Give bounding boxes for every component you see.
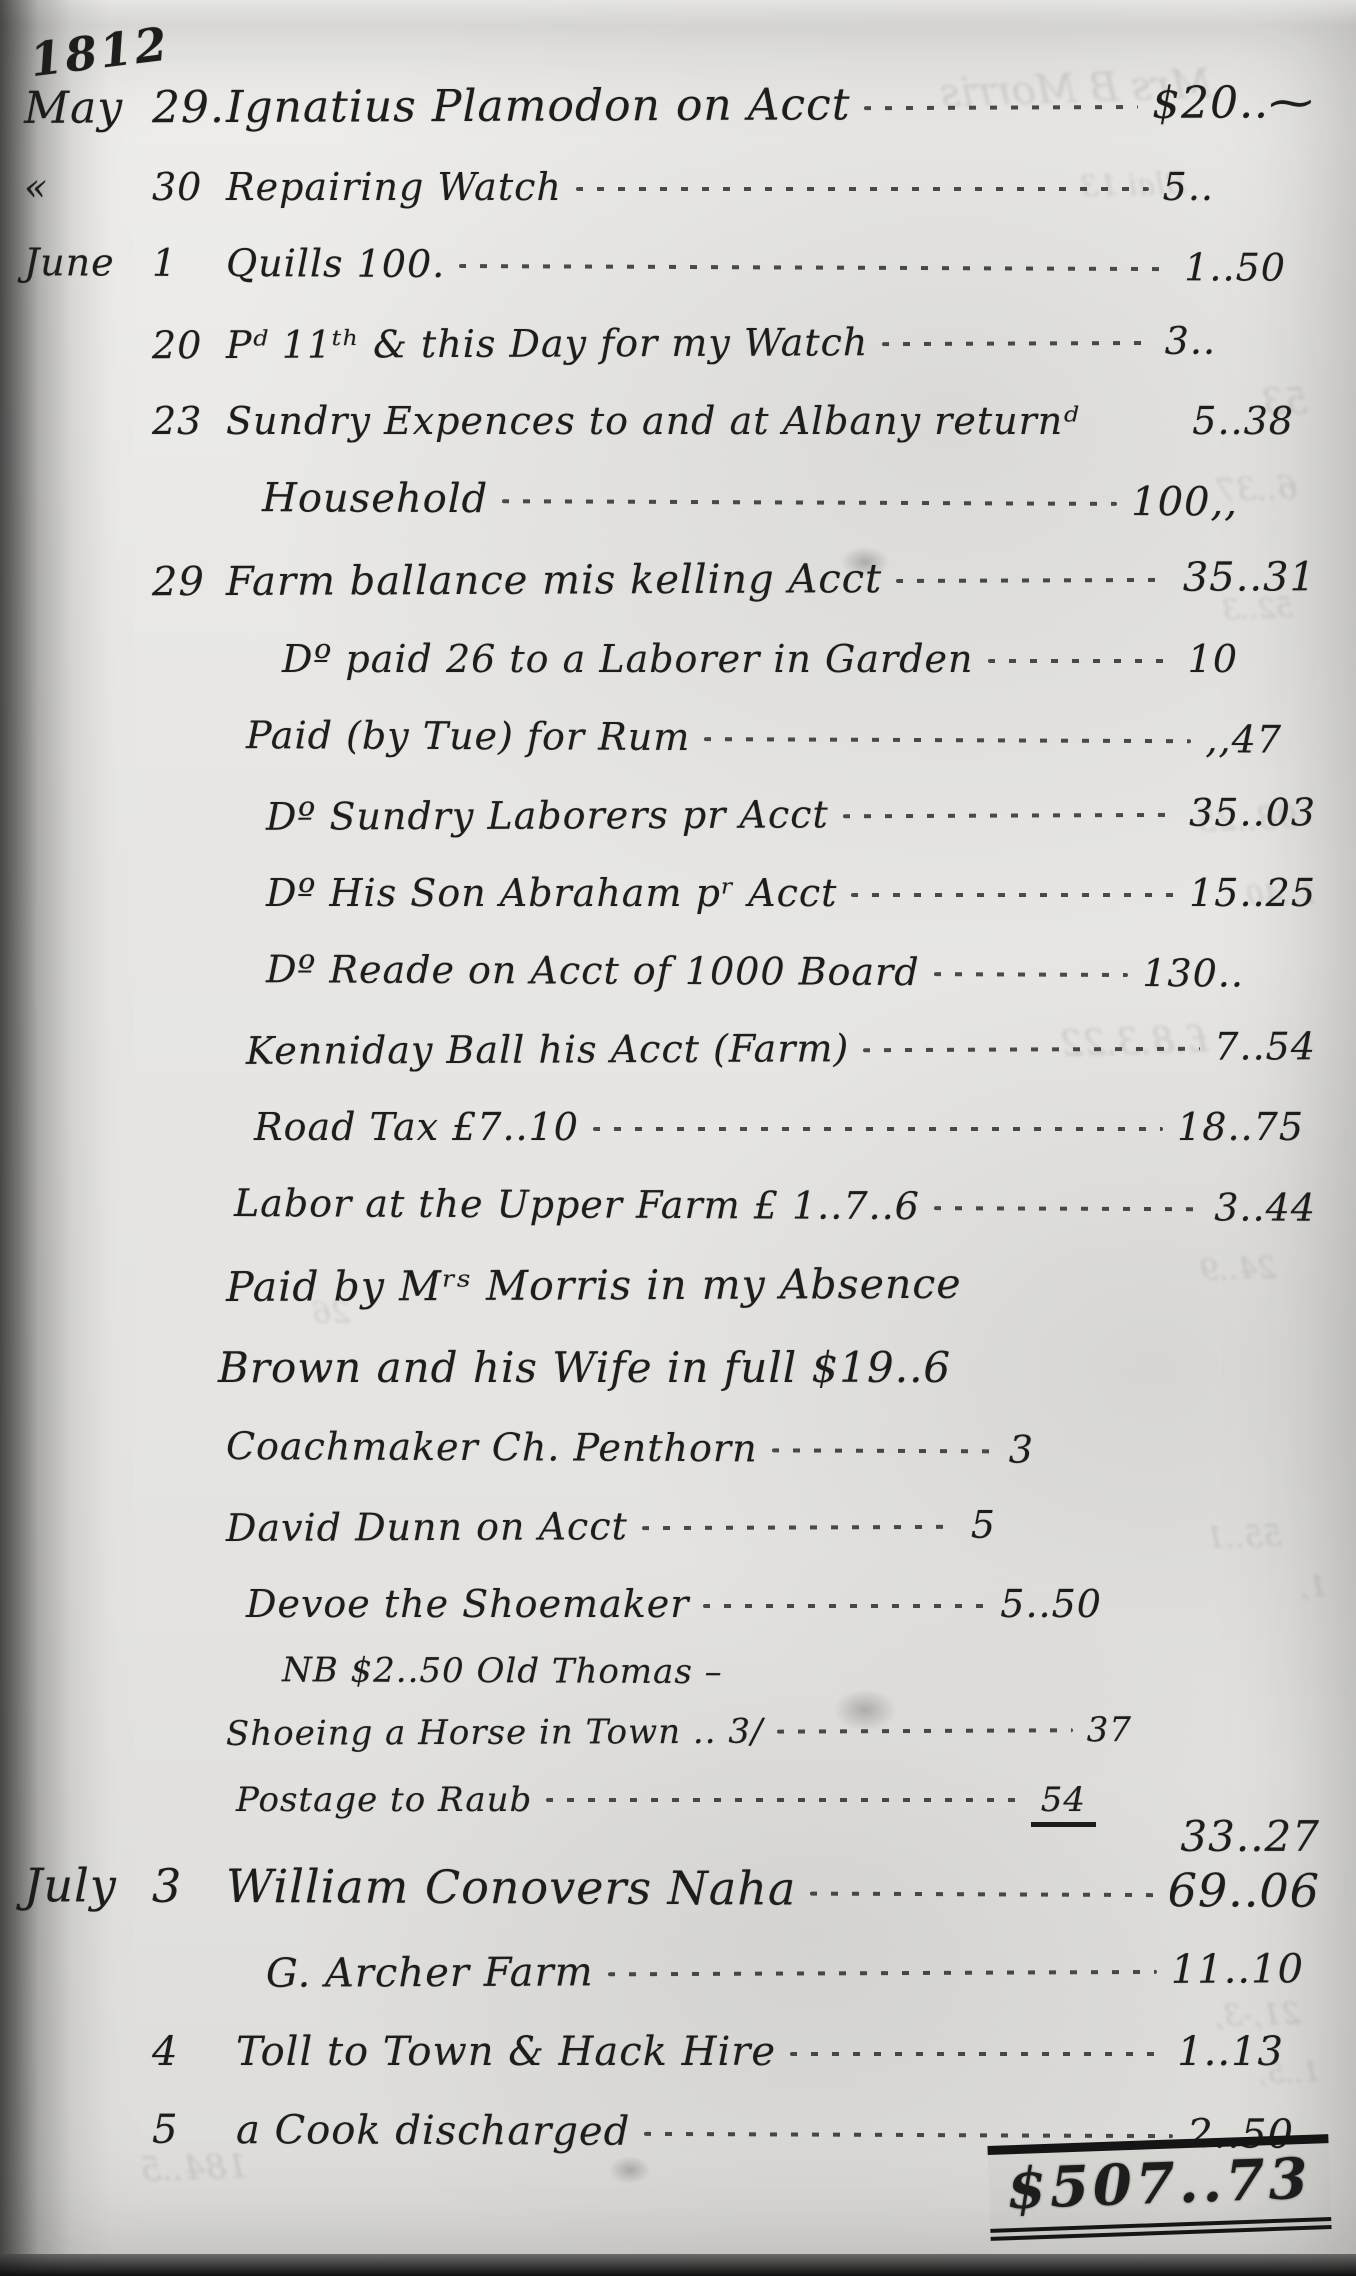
entry-amount: 3..	[1165, 319, 1217, 363]
ledger-row: June1Quills 100.1..50	[24, 240, 1334, 290]
entry-month: May	[24, 82, 152, 134]
entry-amount: 3..44	[1214, 1185, 1316, 1229]
entry-month	[24, 1215, 152, 1216]
entry-day: 23	[152, 399, 226, 443]
entry-month	[24, 981, 152, 982]
entry-month: «	[24, 165, 152, 209]
ledger-row: Postage to Raub5433..27	[24, 1780, 1334, 1827]
entry-day: 30	[152, 165, 226, 209]
ledger-row: Paid (by Tue) for Rum,,47	[24, 712, 1334, 762]
dotted-leader	[593, 1127, 1163, 1131]
ledger-row: Brown and his Wife in full $19..6	[24, 1343, 1334, 1392]
entry-description: Shoeing a Horse in Town .. 3/	[226, 1712, 764, 1754]
entry-description: Dº His Son Abraham pʳ Acct	[266, 871, 837, 915]
entry-amount: 54	[1031, 1780, 1096, 1827]
ledger-row: 20Pᵈ 11ᵗʰ & this Day for my Watch3..	[24, 318, 1334, 368]
entry-description: Brown and his Wife in full $19..6	[218, 1343, 951, 1392]
year-heading: 1812	[27, 19, 153, 87]
entry-day: 4	[152, 2029, 226, 2075]
entry-description: Ignatius Plamodon on Acct	[226, 79, 851, 133]
entry-amount: 7..54	[1214, 1024, 1316, 1068]
entry-month	[24, 595, 152, 596]
entry-amount: 100,,	[1131, 479, 1238, 525]
scan-bottom-edge	[0, 2254, 1356, 2276]
dotted-leader	[546, 1798, 1016, 1802]
entry-description: Coachmaker Ch. Penthorn	[226, 1424, 758, 1470]
ledger-row: Labor at the Upper Farm £ 1..7..63..44	[24, 1180, 1334, 1230]
dotted-leader	[882, 341, 1150, 346]
entry-amount: $20..⁓	[1152, 77, 1314, 129]
entry-day: 20	[152, 323, 226, 367]
dotted-leader	[459, 264, 1170, 271]
entry-amount: 69..06	[1168, 1863, 1321, 1918]
entry-day: 29	[152, 559, 226, 605]
ledger-row: May29.Ignatius Plamodon on Acct$20..⁓	[24, 77, 1334, 134]
entry-description: Dº Reade on Acct of 1000 Board	[266, 947, 920, 994]
entry-description: Repairing Watch	[226, 165, 562, 209]
entry-description: Toll to Town & Hack Hire	[236, 2029, 776, 2075]
entry-description: NB $2..50 Old Thomas –	[282, 1650, 723, 1692]
entry-description: a Cook discharged	[236, 2107, 630, 2155]
entry-day: 3	[152, 1859, 226, 1913]
ledger-row: Dº Reade on Acct of 1000 Board130..	[24, 946, 1334, 996]
entry-day: 29.	[152, 82, 226, 133]
entry-month	[24, 510, 152, 511]
entry-amount: 5..50	[1000, 1582, 1102, 1626]
dotted-leader	[772, 1448, 995, 1453]
entry-amount: 5..38	[1192, 399, 1294, 443]
dotted-leader	[703, 1604, 986, 1608]
entry-description: Postage to Raub	[236, 1780, 532, 1820]
entry-description: Kenniday Ball his Acct (Farm)	[246, 1026, 849, 1073]
ledger-row: Dº Sundry Laborers pr Acct35..03	[24, 790, 1334, 840]
entry-description: Labor at the Upper Farm £ 1..7..6	[234, 1181, 920, 1228]
entry-month	[24, 358, 152, 359]
dotted-leader	[934, 1206, 1200, 1211]
entry-description: David Dunn on Acct	[226, 1504, 628, 1550]
leader-spacer	[723, 1683, 1334, 1686]
ledger-row: Kenniday Ball his Acct (Farm)7..54	[24, 1024, 1334, 1074]
dotted-leader	[576, 187, 1149, 191]
ledger-row: Road Tax £7..1018..75	[24, 1105, 1334, 1149]
leader-spacer	[962, 1296, 1334, 1298]
dotted-leader	[896, 578, 1169, 583]
entry-month: June	[24, 240, 152, 285]
entry-day: 5	[152, 2107, 226, 2153]
dotted-leader	[988, 659, 1174, 663]
dotted-leader	[864, 105, 1138, 110]
ledger-row: David Dunn on Acct5	[24, 1501, 1334, 1551]
entry-amount: 11..10	[1171, 1946, 1304, 1993]
entry-amount: 10	[1188, 637, 1238, 681]
entry-month	[24, 1301, 152, 1302]
entry-month	[24, 747, 152, 748]
dotted-leader	[644, 2132, 1173, 2138]
entry-description: Quills 100.	[226, 241, 445, 286]
ledger-row: Dº paid 26 to a Laborer in Garden10	[24, 637, 1334, 681]
entry-month	[24, 1745, 152, 1746]
entry-month	[24, 1987, 152, 1988]
entry-day: 1	[152, 241, 226, 285]
total-amount: $507..73	[988, 2134, 1332, 2241]
ledger-page: Mrs B MorrisBlai 13536..3752..398..251..…	[0, 0, 1356, 2276]
total-row: $507..73	[988, 2134, 1332, 2241]
entry-amount: 1..13	[1177, 2029, 1284, 2075]
entry-description: Devoe the Shoemaker	[246, 1582, 689, 1626]
dotted-leader	[810, 1892, 1153, 1897]
dotted-leader	[608, 1970, 1157, 1976]
entry-amount: 15..25	[1189, 871, 1316, 915]
carryover-subtotal: 33..27	[1180, 1812, 1320, 1861]
ledger-row: Paid by Mʳˢ Morris in my Absence	[24, 1258, 1334, 1312]
entry-month	[24, 1680, 152, 1681]
dotted-leader	[851, 893, 1175, 897]
entry-amount: 130..	[1142, 951, 1244, 995]
entry-month	[24, 1458, 152, 1459]
ledger-row: «30Repairing Watch5..	[24, 165, 1334, 209]
entry-description: Pᵈ 11ᵗʰ & this Day for my Watch	[226, 320, 869, 367]
ledger-row: Devoe the Shoemaker5..50	[24, 1582, 1334, 1626]
entry-month	[24, 830, 152, 831]
ledger-row: Coachmaker Ch. Penthorn3	[24, 1423, 1334, 1473]
entry-amount: 3	[1009, 1427, 1034, 1471]
entry-description: Dº Sundry Laborers pr Acct	[266, 792, 829, 838]
dotted-leader	[777, 1728, 1072, 1733]
entry-description: Household	[262, 475, 488, 522]
dotted-leader	[843, 813, 1175, 818]
ledger-content: 1812 May29.Ignatius Plamodon on Acct$20.…	[24, 26, 1334, 2189]
entry-description: Road Tax £7..10	[254, 1105, 579, 1149]
ledger-row: NB $2..50 Old Thomas –	[24, 1649, 1334, 1695]
entry-month	[24, 2142, 152, 2143]
ledger-row: July3William Conovers Naha69..06	[24, 1858, 1334, 1918]
entry-description: Paid by Mʳˢ Morris in my Absence	[226, 1260, 962, 1311]
entry-description: William Conovers Naha	[226, 1859, 797, 1915]
ledger-row: G. Archer Farm11..10	[24, 1946, 1334, 1998]
dotted-leader	[642, 1525, 957, 1530]
dotted-leader	[863, 1047, 1200, 1052]
dotted-leader	[934, 972, 1129, 977]
entry-amount: 5..	[1163, 165, 1214, 209]
entry-description: Sundry Expences to and at Albany returnᵈ	[226, 399, 1079, 443]
entry-amount: 18..75	[1177, 1105, 1304, 1149]
ledger-row: 23Sundry Expences to and at Albany retur…	[24, 399, 1334, 443]
entry-description: Farm ballance mis kelling Acct	[226, 556, 882, 605]
dotted-leader	[790, 2052, 1163, 2056]
entry-description: Dº paid 26 to a Laborer in Garden	[282, 637, 974, 681]
ledger-row: 4Toll to Town & Hack Hire1..13	[24, 2029, 1334, 2075]
dotted-leader	[704, 737, 1191, 743]
entry-amount: 1..50	[1184, 245, 1286, 289]
page-top-fade	[0, 0, 1356, 26]
entry-amount: 37	[1087, 1710, 1132, 1750]
entry-amount: 35..31	[1183, 554, 1316, 601]
entry-month	[24, 1541, 152, 1542]
entry-description: G. Archer Farm	[266, 1949, 594, 1996]
ledger-row: Household100,,	[24, 474, 1334, 526]
entry-description: Paid (by Tue) for Rum	[246, 713, 690, 759]
ledger-row: Shoeing a Horse in Town .. 3/37	[24, 1709, 1334, 1755]
dotted-leader	[502, 499, 1117, 506]
entry-month	[24, 1064, 152, 1065]
entry-month: July	[24, 1858, 152, 1913]
ledger-row: 29Farm ballance mis kelling Acct35..31	[24, 554, 1334, 606]
entry-amount: 35..03	[1189, 790, 1316, 835]
entry-amount: ,,47	[1205, 717, 1282, 761]
entry-amount: 5	[971, 1503, 996, 1547]
ledger-rows: May29.Ignatius Plamodon on Acct$20..⁓«30…	[24, 80, 1334, 2155]
ledger-row: Dº His Son Abraham pʳ Acct15..25	[24, 871, 1334, 915]
